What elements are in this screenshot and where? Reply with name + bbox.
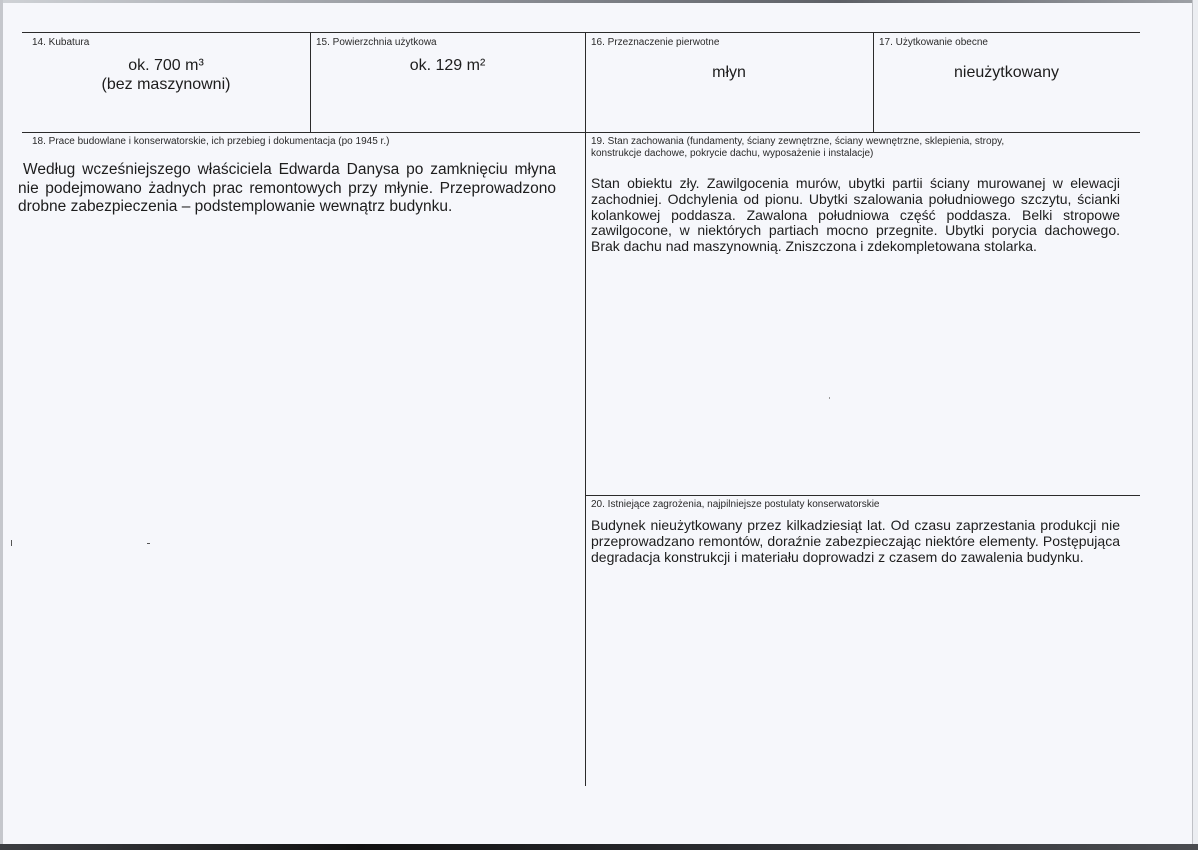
field-16-value: młyn: [585, 63, 873, 83]
scan-speck: [147, 543, 150, 544]
scan-edge-bottom: [0, 844, 1198, 850]
scan-edge-top: [0, 0, 1198, 3]
field-17-label: 17. Użytkowanie obecne: [879, 37, 988, 49]
row-divider-1: [22, 132, 1140, 133]
field-15-value: ok. 129 m²: [310, 56, 585, 76]
field-19-label-line1: 19. Stan zachowania (fundamenty, ściany …: [591, 136, 1004, 148]
scan-edge-left: [0, 0, 3, 850]
field-19-text: Stan obiektu zły. Zawilgocenia murów, ub…: [591, 176, 1120, 255]
col-divider-main: [585, 32, 586, 786]
field-15-label: 15. Powierzchnia użytkowa: [316, 37, 437, 49]
col-divider-14-15: [310, 32, 311, 132]
field-14-value-line1: ok. 700 m³: [22, 56, 310, 76]
scan-speck: [829, 397, 830, 399]
field-20-label: 20. Istniejące zagrożenia, najpilniejsze…: [591, 499, 880, 511]
field-19-label-line2: konstrukcje dachowe, pokrycie dachu, wyp…: [591, 148, 873, 160]
field-18-text: Według wcześniejszego właściciela Edward…: [18, 161, 556, 217]
field-18-label: 18. Prace budowlane i konserwatorskie, i…: [32, 136, 389, 148]
table-top-border: [22, 32, 1140, 33]
scan-speck: [11, 540, 12, 546]
row-divider-19-20: [585, 495, 1140, 496]
field-14-label: 14. Kubatura: [32, 37, 89, 49]
field-16-label: 16. Przeznaczenie pierwotne: [591, 37, 719, 49]
field-20-text: Budynek nieużytkowany przez kilkadziesią…: [591, 518, 1120, 565]
field-14-value-line2: (bez maszynowni): [22, 75, 310, 95]
scan-edge-right: [1192, 0, 1198, 850]
field-17-value: nieużytkowany: [873, 63, 1140, 83]
